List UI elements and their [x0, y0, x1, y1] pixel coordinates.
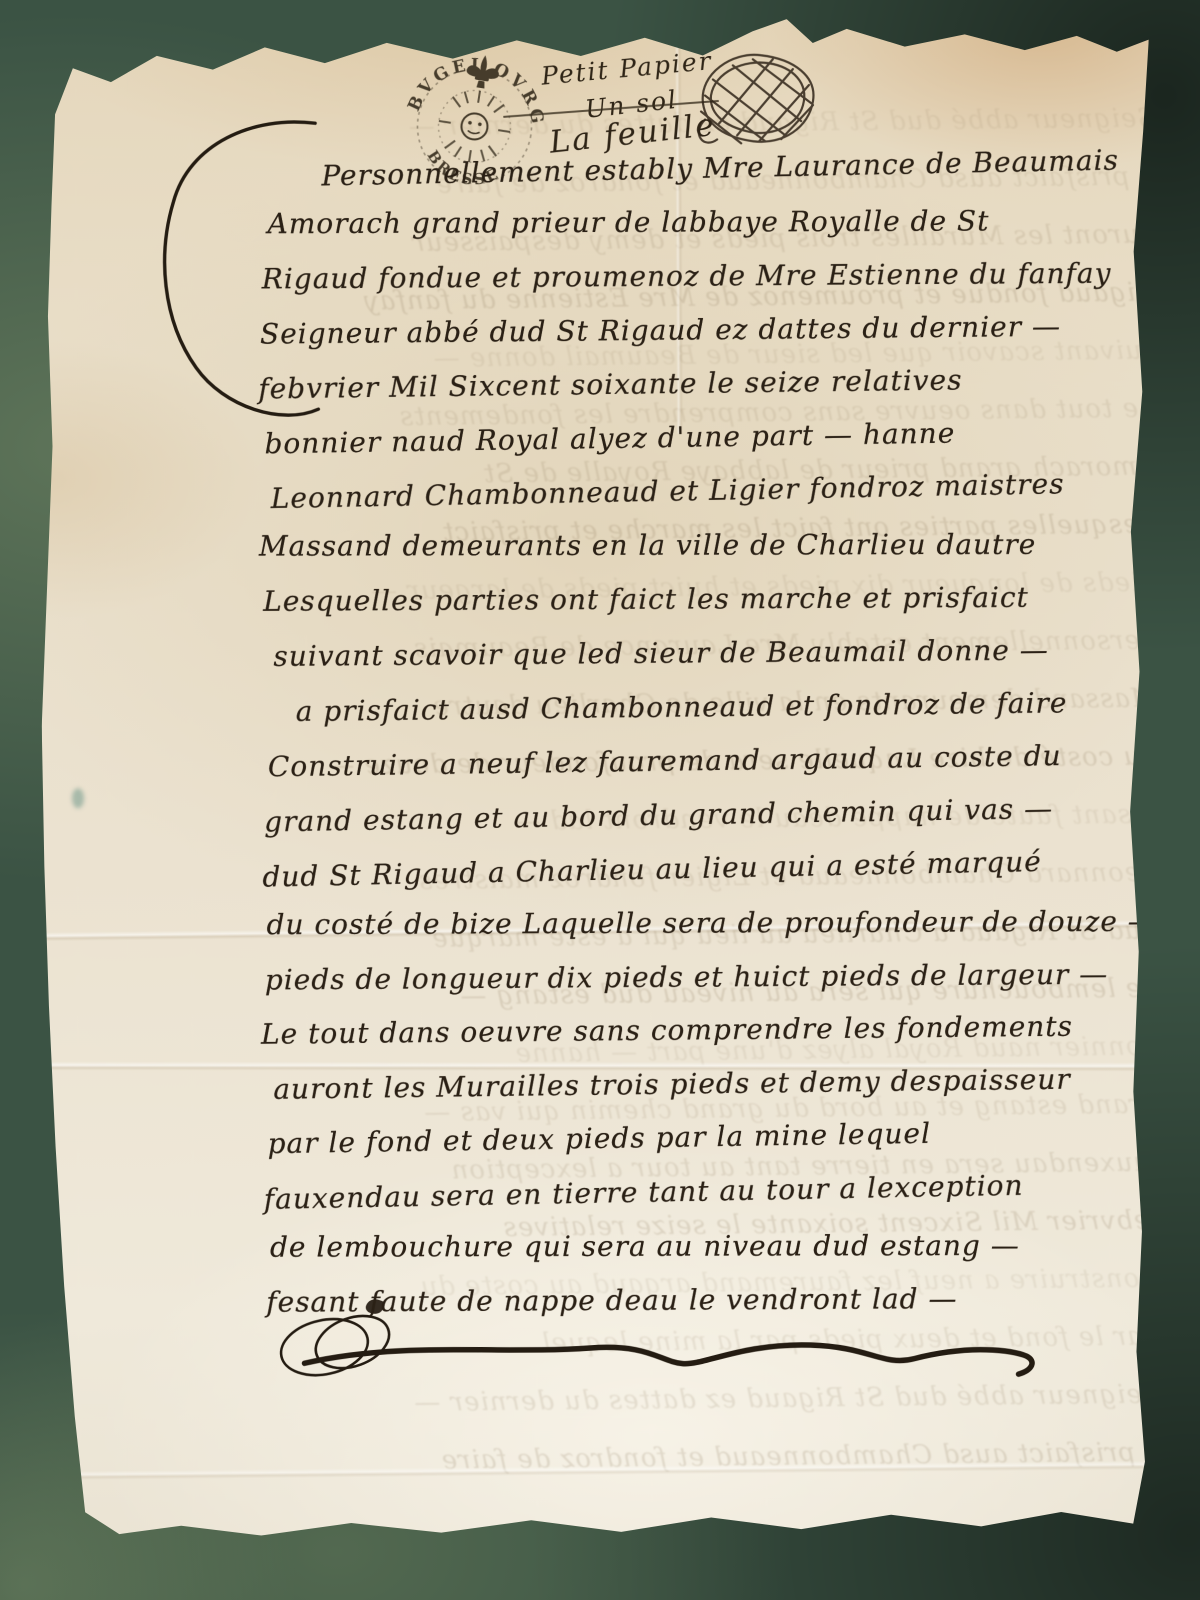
- manuscript-line: de lembouchure qui sera au niveau dud es…: [270, 1229, 1020, 1264]
- manuscript-line: du costé de bize Laquelle sera de proufo…: [267, 904, 1157, 940]
- manuscript-line: Le tout dans oeuvre sans comprendre les …: [261, 1010, 1073, 1051]
- manuscript-line: grand estang et au bord du grand chemin …: [264, 792, 1053, 838]
- manuscript-line: Personnellement estably Mre Laurance de …: [321, 143, 1119, 192]
- manuscript-line: Lesquelles parties ont faict les marche …: [263, 581, 1029, 618]
- manuscript-line: Rigaud fondue et proumenoz de Mre Estien…: [262, 256, 1112, 295]
- manuscript-line: febvrier Mil Sixcent soixante le seize r…: [258, 363, 963, 405]
- manuscript-line: fauxendau sera en tierre tant au tour a …: [264, 1169, 1024, 1216]
- manuscript-line: Construire a neuf lez fauremand argaud a…: [268, 739, 1062, 783]
- manuscript-line: bonnier naud Royal alyez d'une part — ha…: [264, 416, 955, 460]
- manuscript-line: par le fond et deux pieds par la mine le…: [267, 1117, 931, 1160]
- manuscript-line: auront les Murailles trois pieds et demy…: [273, 1063, 1071, 1106]
- manuscript-line: Massand demeurants en la ville de Charli…: [259, 528, 1036, 563]
- manuscript-line: Seigneur abbé dud St Rigaud ez dattes du…: [260, 309, 1061, 350]
- manuscript-paper-sheet: Seigneur abbé dud St Rigaud ez dattes du…: [25, 12, 1162, 1562]
- manuscript-line: suivant scavoir que led sieur de Beaumai…: [273, 634, 1049, 673]
- closing-flourish-icon: [270, 1294, 1060, 1397]
- manuscript-line: Amorach grand prieur de labbaye Royalle …: [267, 204, 989, 240]
- manuscript-line: a prisfaict ausd Chambonneaud et fondroz…: [295, 686, 1067, 728]
- manuscript-line: pieds de longueur dix pieds et huict pie…: [265, 957, 1109, 996]
- manuscript-line: Leonnard Chambonneaud et Ligier fondroz …: [270, 468, 1064, 516]
- manuscript-line: dud St Rigaud a Charlieu au lieu qui a e…: [262, 845, 1042, 894]
